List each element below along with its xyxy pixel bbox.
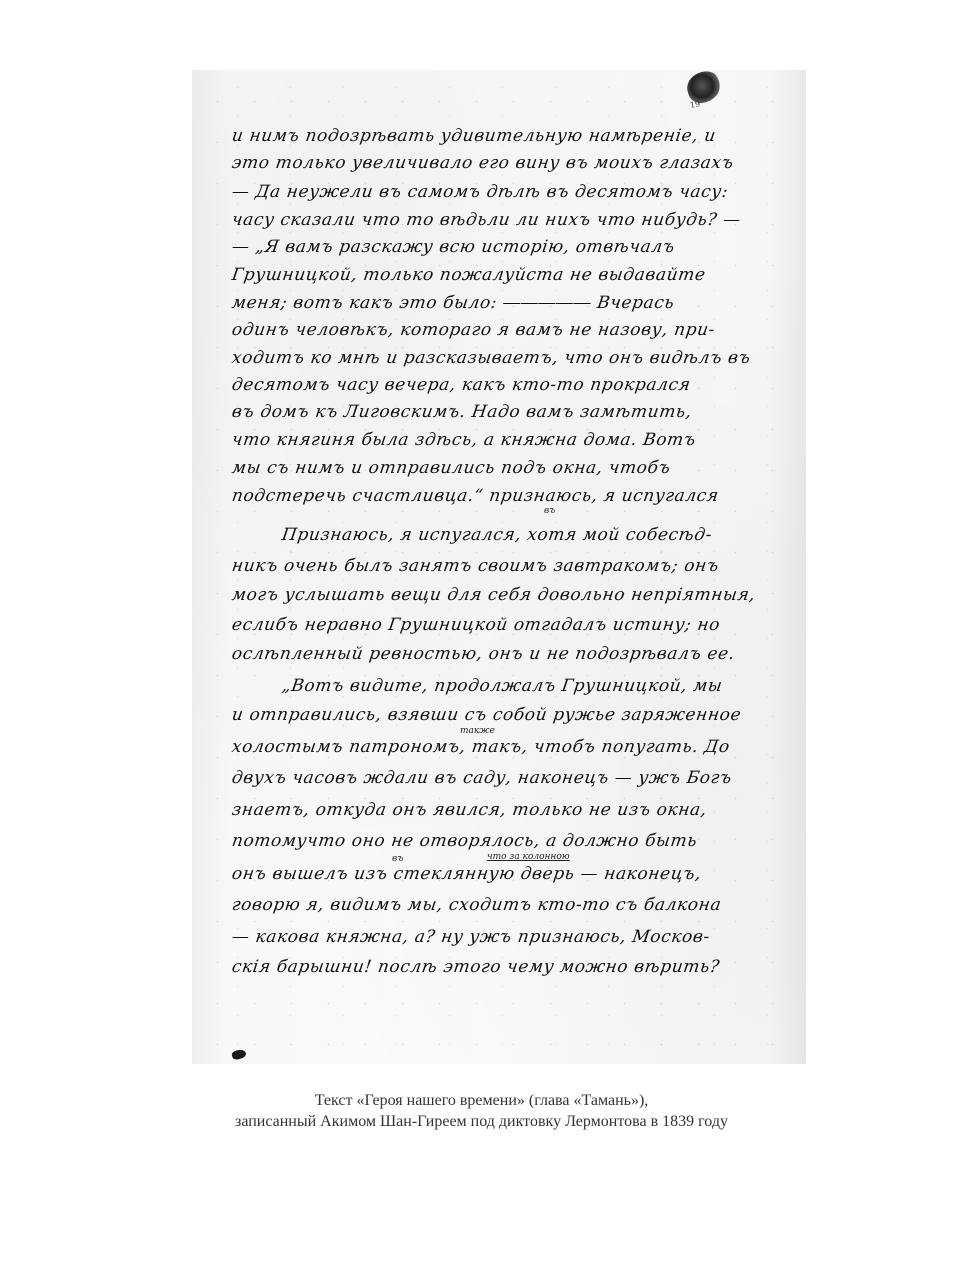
manuscript-line: потомучто оно не отворялось, а должно бы… (231, 831, 794, 851)
manuscript-line: и нимъ подозрѣвать удивительную намѣрені… (231, 126, 794, 146)
interlinear-insert: также (460, 726, 495, 736)
manuscript-line: ослѣпленный ревностью, онъ и не подозрѣв… (231, 644, 794, 664)
manuscript-line: меня; вотъ какъ это было: ――――― Вчерась (231, 293, 794, 313)
caption-line-1: Текст «Героя нашего времени» (глава «Там… (0, 1090, 963, 1111)
manuscript-line: холостымъ патрономъ, такъ, чтобъ попугат… (231, 737, 794, 757)
manuscript-line: въ домъ къ Лиговскимъ. Надо вамъ замѣтит… (231, 402, 794, 422)
manuscript-line: еслибъ неравно Грушницкой отгадалъ истин… (231, 615, 794, 635)
manuscript-line: одинъ человѣкъ, котораго я вамъ не назов… (231, 320, 794, 340)
figure-caption: Текст «Героя нашего времени» (глава «Там… (0, 1090, 963, 1132)
manuscript-line: это только увеличивало его вину въ моихъ… (231, 153, 794, 173)
interlinear-insert: что за колонною (487, 852, 570, 862)
manuscript-line: онъ вышелъ изъ стеклянную дверь — наконе… (231, 864, 794, 884)
manuscript-line: — „Я вамъ разскажу всю исторію, отвѣчалъ (231, 237, 794, 257)
manuscript-line: двухъ часовъ ждали въ саду, наконецъ — у… (231, 768, 794, 788)
manuscript-line: никъ очень былъ занятъ своимъ завтракомъ… (231, 556, 794, 576)
page: 19 и нимъ подозрѣвать удивительную намѣр… (0, 0, 963, 1270)
manuscript-line: „Вотъ видите, продолжалъ Грушницкой, мы (281, 676, 794, 696)
manuscript-line: знаетъ, откуда онъ явился, только не изъ… (231, 800, 794, 820)
manuscript-line: мы съ нимъ и отправились подъ окна, чтоб… (231, 458, 794, 478)
manuscript-scan: 19 и нимъ подозрѣвать удивительную намѣр… (192, 70, 806, 1064)
manuscript-line: десятомъ часу вечера, какъ кто-то прокра… (231, 375, 794, 395)
manuscript-line: Грушницкой, только пожалуйста не выдавай… (231, 265, 794, 285)
manuscript-line: скія барышни! послѣ этого чему можно вѣр… (231, 957, 794, 977)
manuscript-line: подстеречь счастливца.“ признаюсь, я исп… (231, 486, 794, 506)
manuscript-line: и отправились, взявши съ собой ружье зар… (231, 705, 794, 725)
ink-blot-icon (231, 1048, 247, 1060)
manuscript-line: говорю я, видимъ мы, сходитъ кто-то съ б… (231, 895, 794, 915)
manuscript-line: — Да неужели въ самомъ дѣлѣ въ десятомъ … (231, 182, 794, 202)
manuscript-line: часу сказали что то вѣдьли ли нихъ что н… (231, 210, 794, 230)
caption-line-2: записанный Акимом Шан-Гиреем под диктовк… (0, 1111, 963, 1132)
interlinear-insert: въ (392, 854, 403, 864)
manuscript-line: — какова княжна, а? ну ужъ признаюсь, Мо… (231, 927, 794, 947)
manuscript-line: Признаюсь, я испугался, хотя мой собесѣд… (281, 525, 794, 545)
manuscript-line: ходитъ ко мнѣ и разсказываетъ, что онъ в… (231, 348, 794, 368)
manuscript-line: что княгиня была здѣсь, а княжна дома. В… (231, 430, 794, 450)
manuscript-line: могъ услышать вещи для себя довольно неп… (231, 585, 794, 605)
interlinear-insert: въ (544, 506, 555, 516)
archive-stamp-number: 19 (689, 99, 701, 110)
